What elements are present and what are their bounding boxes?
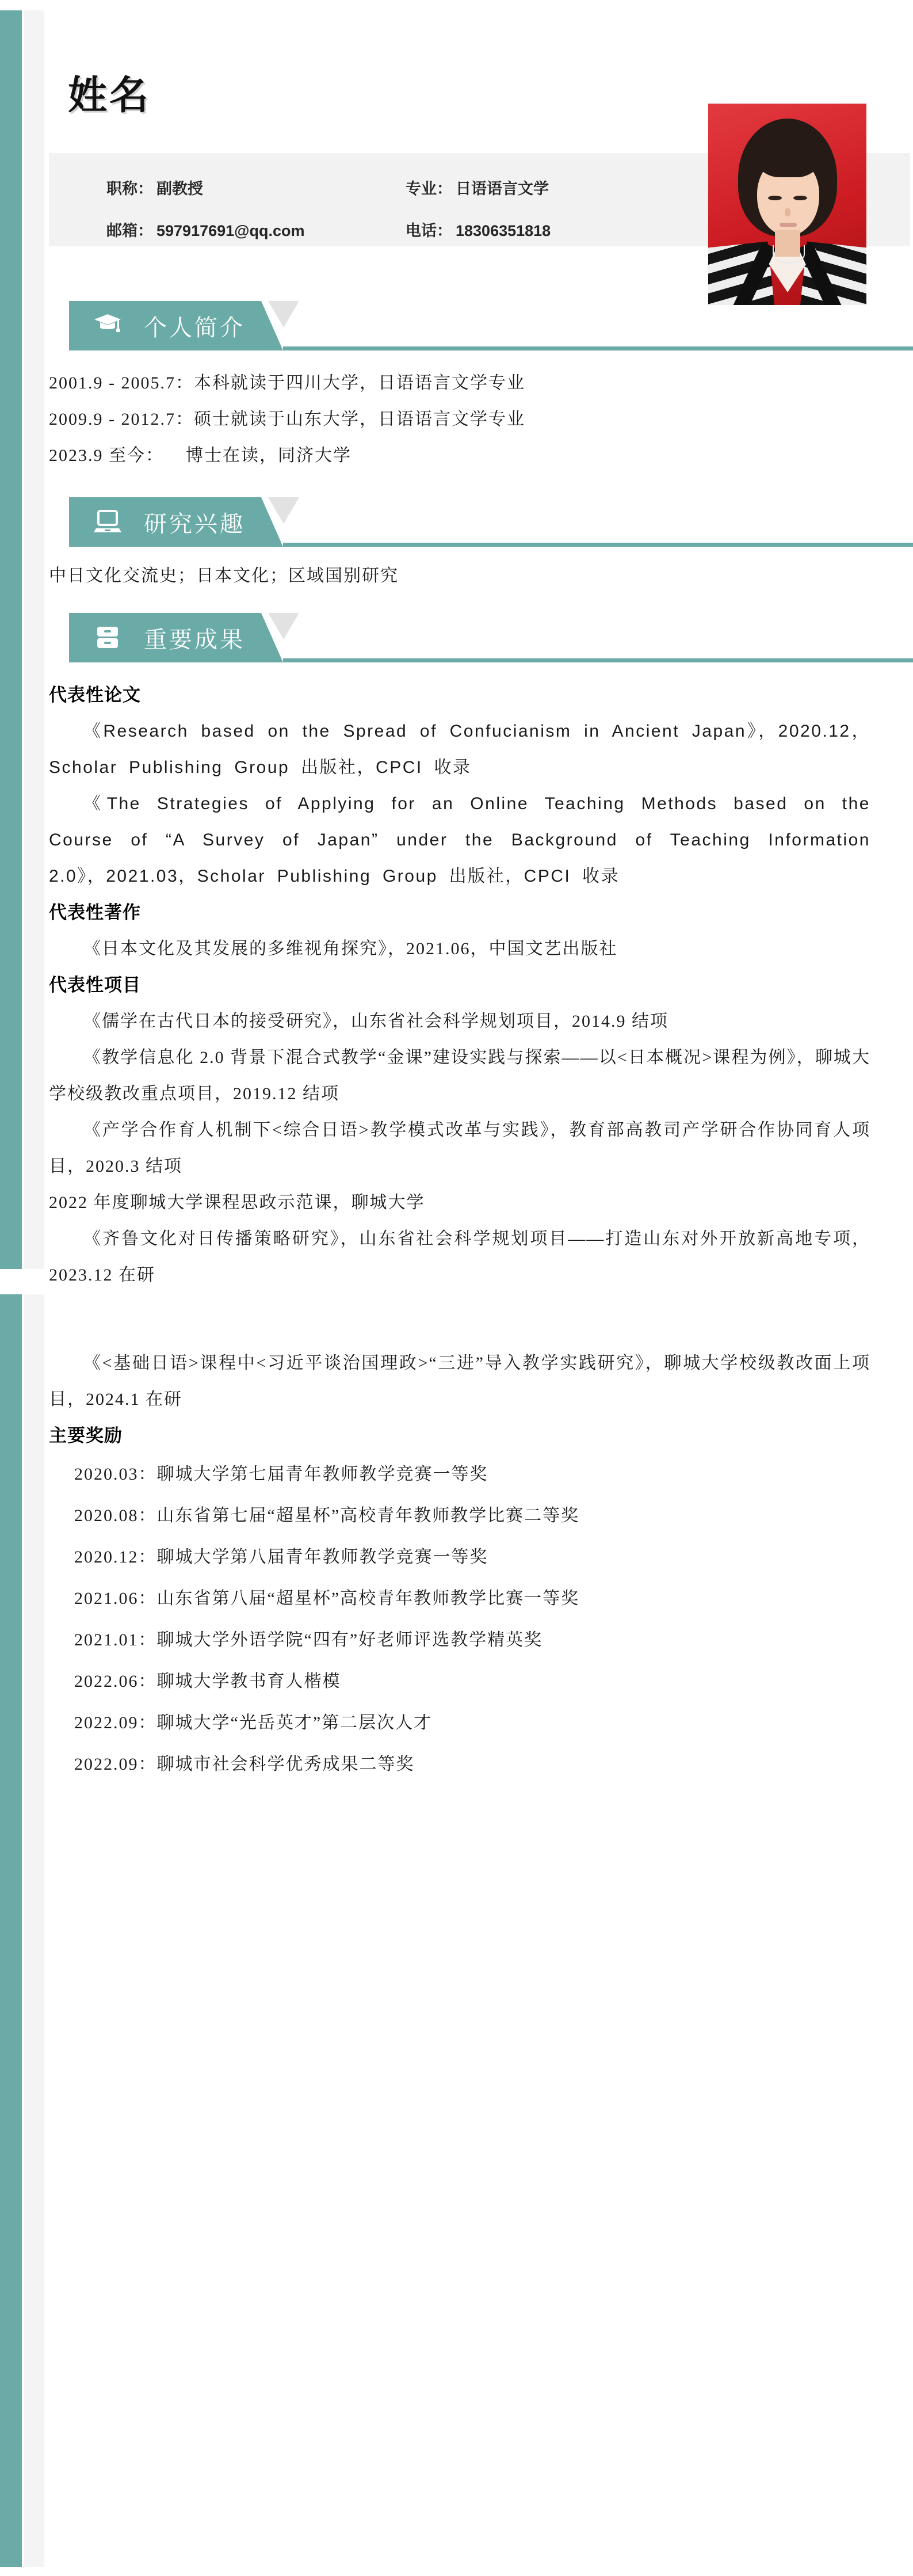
- subsection-heading: 代表性项目: [49, 967, 870, 1003]
- award-item: 2022.09：聊城市社会科学优秀成果二等奖: [49, 1744, 870, 1785]
- education-line: 2001.9 - 2005.7：本科就读于四川大学，日语语言文学专业: [49, 365, 870, 401]
- page-gutter-strip: [24, 10, 44, 1269]
- field-label: 职称：: [106, 176, 153, 199]
- subsection-heading: 代表性著作: [49, 894, 870, 931]
- field-value: 597917691@qq.com: [156, 222, 304, 240]
- left-accent-bar: [0, 10, 22, 1269]
- section-pointer-triangle: [268, 301, 299, 327]
- field-value: 副教授: [156, 176, 203, 199]
- section-title: 个人简介: [144, 301, 245, 350]
- portrait-photo: [708, 104, 866, 305]
- laptop-icon: [93, 509, 122, 535]
- section-rule: [283, 658, 913, 662]
- interests-line: 中日文化交流史；日本文化；区域国别研究: [49, 558, 870, 594]
- achievement-item: 《儒学在古代日本的接受研究》，山东省社会科学规划项目，2014.9 结项: [49, 1003, 870, 1039]
- person-name: 姓名: [68, 64, 151, 120]
- section-pointer-triangle: [268, 497, 299, 524]
- education-line: 2009.9 - 2012.7：硕士就读于山东大学，日语语言文学专业: [49, 401, 870, 437]
- info-field: 邮箱：597917691@qq.com: [106, 218, 406, 241]
- award-item: 2020.03：聊城大学第七届青年教师教学竞赛一等奖: [49, 1454, 870, 1495]
- section-banner-profile: 个人简介: [69, 301, 913, 350]
- photo-eye: [768, 196, 782, 200]
- field-label: 邮箱：: [106, 218, 153, 241]
- archive-box-icon: [93, 625, 122, 650]
- section-title: 重要成果: [144, 613, 245, 662]
- achievement-item: 《产学合作育人机制下<综合日语>教学模式改革与实践》，教育部高教司产学研合作协同…: [49, 1112, 870, 1184]
- subsection-heading: 代表性论文: [49, 677, 870, 713]
- education-line: 2023.9 至今： 博士在读，同济大学: [49, 437, 870, 474]
- education-list: 2001.9 - 2005.7：本科就读于四川大学，日语语言文学专业2009.9…: [49, 365, 870, 474]
- field-value: 日语语言文学: [456, 176, 549, 199]
- award-item: 2020.12：聊城大学第八届青年教师教学竞赛一等奖: [49, 1537, 870, 1578]
- left-accent-bar: [0, 1294, 22, 2567]
- field-label: 专业：: [406, 176, 452, 199]
- photo-necklace: [773, 245, 805, 264]
- achievements-page2: 《<基础日语>课程中<习近平谈治国理政>“三进”导入教学实践研究》，聊城大学校级…: [49, 1345, 870, 1785]
- award-item: 2021.06：山东省第八届“超星杯”高校青年教师教学比赛一等奖: [49, 1578, 870, 1619]
- achievement-item: 《The Strategies of Applying for an Onlin…: [49, 786, 870, 894]
- achievements-page1: 代表性论文《Research based on the Spread of Co…: [49, 677, 870, 1293]
- subsection-heading: 主要奖励: [49, 1417, 870, 1454]
- section-pointer-triangle: [268, 613, 299, 639]
- achievement-item: 2022 年度聊城大学课程思政示范课，聊城大学: [49, 1184, 870, 1221]
- award-item: 2022.09：聊城大学“光岳英才”第二层次人才: [49, 1702, 870, 1744]
- interests-list: 中日文化交流史；日本文化；区域国别研究: [49, 558, 870, 594]
- awards-list: 2020.03：聊城大学第七届青年教师教学竞赛一等奖2020.08：山东省第七届…: [49, 1454, 870, 1785]
- section-banner-achievements: 重要成果: [69, 613, 913, 662]
- page-gutter-strip: [24, 1294, 44, 2567]
- section-banner-interests: 研究兴趣: [69, 497, 913, 547]
- achievements-page2-blocks: 《<基础日语>课程中<习近平谈治国理政>“三进”导入教学实践研究》，聊城大学校级…: [49, 1345, 870, 1454]
- achievement-item: 《<基础日语>课程中<习近平谈治国理政>“三进”导入教学实践研究》，聊城大学校级…: [49, 1345, 870, 1417]
- achievement-item: 《日本文化及其发展的多维视角探究》，2021.06，中国文艺出版社: [49, 931, 870, 967]
- field-label: 电话：: [406, 218, 452, 241]
- photo-eye: [793, 196, 807, 200]
- achievement-item: 《齐鲁文化对日传播策略研究》，山东省社会科学规划项目——打造山东对外开放新高地专…: [49, 1221, 870, 1293]
- field-value: 18306351818: [456, 222, 551, 240]
- resume-page: 姓名 职称：副教授专业：日语语言文学邮箱：597917691@qq.com电话：…: [0, 0, 913, 2576]
- section-title: 研究兴趣: [144, 497, 245, 547]
- graduation-cap-icon: [93, 313, 122, 338]
- section-rule: [283, 346, 913, 350]
- award-item: 2020.08：山东省第七届“超星杯”高校青年教师教学比赛二等奖: [49, 1495, 870, 1537]
- achievement-item: 《教学信息化 2.0 背景下混合式教学“金课”建设实践与探索——以<日本概况>课…: [49, 1039, 870, 1112]
- photo-mouth: [780, 223, 797, 227]
- achievement-item: 《Research based on the Spread of Confuci…: [49, 713, 870, 786]
- photo-nose: [785, 208, 790, 216]
- section-rule: [283, 543, 913, 547]
- award-item: 2021.01：聊城大学外语学院“四有”好老师评选教学精英奖: [49, 1619, 870, 1661]
- award-item: 2022.06：聊城大学教书育人楷模: [49, 1661, 870, 1702]
- info-field: 职称：副教授: [106, 176, 406, 199]
